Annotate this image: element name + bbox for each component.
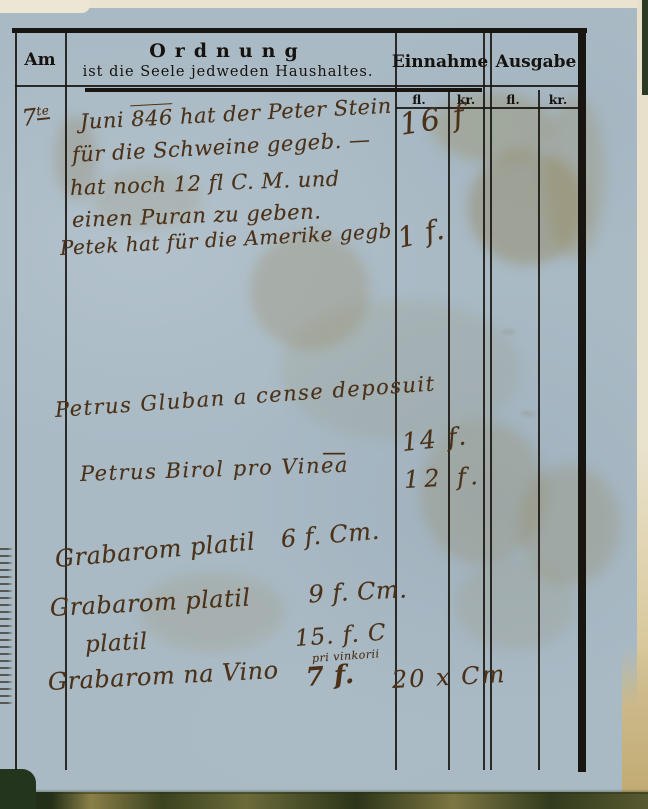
table-border-left: [15, 28, 17, 770]
income-column-rule: [395, 33, 397, 770]
stain: [545, 95, 605, 260]
entry8-amount-fl: 7 f.: [305, 660, 355, 693]
expense-fl-subheader: fl.: [506, 92, 519, 107]
header-bottom-rule: [15, 85, 580, 87]
motto-subtitle: ist die Seele jedweden Haushaltes.: [83, 64, 374, 80]
page-edge-top-left: [0, 0, 90, 13]
expense-kr-subheader: kr.: [549, 92, 567, 107]
income-expense-rule-a: [483, 33, 485, 770]
entry8-text: Grabarom na Vino: [47, 656, 279, 696]
income-expense-rule-b: [490, 33, 492, 770]
ghost-showthrough-mark: ~: [498, 318, 518, 344]
entry4-amount-fl: 12 f.: [403, 462, 483, 494]
entry1-line2: für die Schweine gegeb. —: [71, 127, 371, 167]
table-border-right: [578, 28, 586, 772]
entry1-line1-year: 846: [131, 103, 174, 131]
entry5-text: Grabarom platil: [54, 528, 256, 573]
binding-corner-bottom-left: [0, 769, 36, 809]
entry2-amount-fl: 1 f.: [395, 213, 448, 255]
entry4-line1: Petrus Birol pro Vinea: [80, 453, 350, 486]
entry1-line1-rest: hat der Peter Stein: [179, 94, 392, 129]
ledger-page-scan: Am Ordnung ist die Seele jedweden Hausha…: [0, 0, 648, 809]
entry1-date: 7te: [21, 103, 52, 132]
page-edge-top: [0, 0, 648, 8]
entry1-date-suffix: te: [36, 103, 51, 120]
binding-corner-top-right: [642, 0, 648, 95]
entry7-text: platil: [84, 629, 148, 658]
entry1-line3: hat noch 12 fl C. M. und: [70, 167, 341, 200]
entry8-amount-kr: 20 x Cm: [391, 660, 507, 694]
expense-fl-kr-rule: [538, 90, 540, 770]
entry5-amount: 6 f. Cm.: [280, 517, 381, 554]
binding-edge-shadow: [0, 789, 648, 794]
entry1-line1-word1: Juni: [79, 108, 124, 134]
table-border-top: [12, 28, 587, 33]
binding-edge-bottom: [0, 792, 648, 809]
expense-column-header: Ausgabe: [496, 52, 577, 72]
income-column-header: Einnahme: [392, 52, 488, 72]
ghost-showthrough-mark: ~: [519, 400, 539, 426]
stain: [455, 560, 575, 650]
page-edge-bottom-right: [622, 645, 648, 795]
entry5-line: Grabarom platil6 f. Cm.: [54, 517, 381, 573]
adjacent-page-print-sliver: [0, 548, 13, 704]
motto-title: Ordnung: [149, 40, 307, 62]
date-column-header: Am: [24, 50, 55, 70]
entry6-amount: 9 f. Cm.: [308, 575, 408, 608]
